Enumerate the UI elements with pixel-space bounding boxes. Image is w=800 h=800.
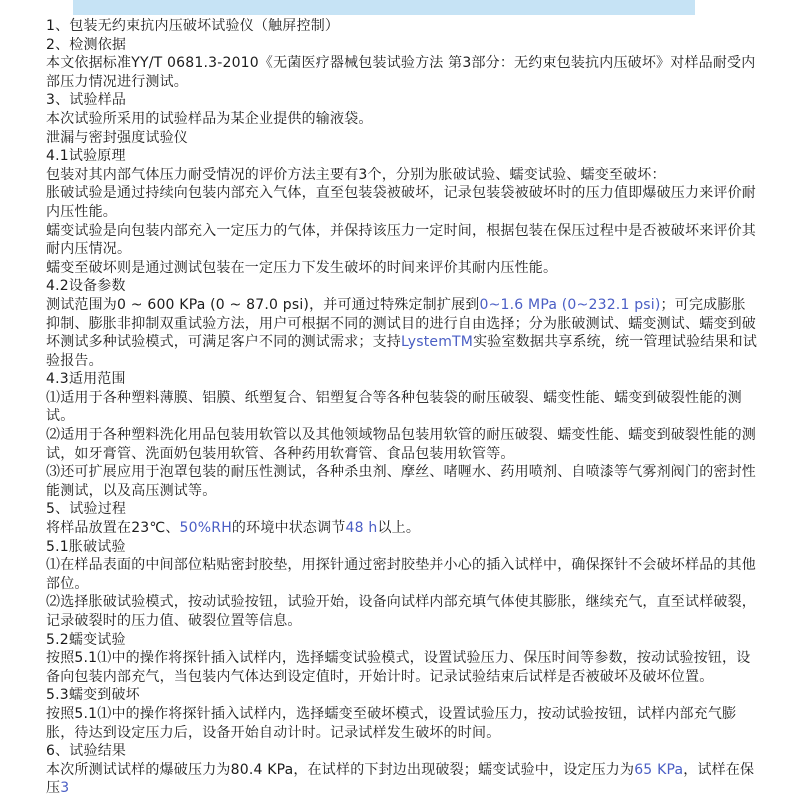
paragraph: 本次所测试试样的爆破压力为80.4 KPa，在试样的下封边出现破裂；蠕变试验中，…: [46, 761, 758, 798]
text-segment: 本次所测试试样的爆破压力为80.4 KPa，在试样的下封边出现破裂；蠕变试验中，…: [46, 762, 634, 778]
text-segment: 2、检测依据: [46, 37, 126, 53]
text-segment: 蠕变至破坏则是通过测试包装在一定压力下发生破坏的时间来评价其耐内压性能。: [46, 260, 557, 276]
text-segment: 泄漏与密封强度试验仪: [46, 130, 188, 146]
paragraph: 按照5.1⑴中的操作将探针插入试样内，选择蠕变至破坏模式，设置试验压力，按动试验…: [46, 705, 758, 742]
paragraph: 6、试验结果: [46, 742, 758, 761]
text-segment: 包装对其内部气体压力耐受情况的评价方法主要有3个，分别为胀破试验、蠕变试验、蠕变…: [46, 167, 666, 183]
text-segment: 本次试验所采用的试验样品为某企业提供的输液袋。: [46, 111, 373, 127]
paragraph: 本次试验所采用的试验样品为某企业提供的输液袋。: [46, 110, 758, 129]
text-segment: ⑴适用于各种塑料薄膜、铝膜、纸塑复合、铝塑复合等各种包装袋的耐压破裂、蠕变性能、…: [46, 390, 742, 425]
paragraph: 包装对其内部气体压力耐受情况的评价方法主要有3个，分别为胀破试验、蠕变试验、蠕变…: [46, 166, 758, 185]
paragraph: 5.3蠕变到破坏: [46, 686, 758, 705]
text-segment: ⑵适用于各种塑料洗化用品包装用软管以及其他领域物品包装用软管的耐压破裂、蠕变性能…: [46, 427, 756, 462]
paragraph: 5、试验过程: [46, 500, 758, 519]
text-segment: 5.2蠕变试验: [46, 632, 126, 648]
text-segment: 5.3蠕变到破坏: [46, 687, 140, 703]
paragraph: ⑵适用于各种塑料洗化用品包装用软管以及其他领域物品包装用软管的耐压破裂、蠕变性能…: [46, 426, 758, 463]
text-segment: 4.3适用范围: [46, 371, 126, 387]
text-segment: ⑶还可扩展应用于泡罩包装的耐压性测试，各种杀虫剂、摩丝、啫喱水、药用喷剂、自喷漆…: [46, 464, 756, 499]
paragraph: 蠕变至破坏则是通过测试包装在一定压力下发生破坏的时间来评价其耐内压性能。: [46, 259, 758, 278]
paragraph: ⑵选择胀破试验模式，按动试验按钮，试验开始，设备向试样内部充填气体使其膨胀，继续…: [46, 593, 758, 630]
text-segment: 本文依据标准YY/T 0681.3-2010《无菌医疗器械包装试验方法 第3部分…: [46, 55, 755, 90]
paragraph: 4.2设备参数: [46, 277, 758, 296]
text-segment: 按照5.1⑴中的操作将探针插入试样内，选择蠕变至破坏模式，设置试验压力，按动试验…: [46, 706, 736, 741]
text-segment: 以上。: [377, 520, 420, 536]
text-segment: 5.1胀破试验: [46, 539, 126, 555]
text-segment: 按照5.1⑴中的操作将探针插入试样内，选择蠕变试验模式，设置试验压力、保压时间等…: [46, 650, 750, 685]
paragraph: ⑴在样品表面的中间部位粘贴密封胶垫，用探针通过密封胶垫并小心的插入试样中，确保探…: [46, 556, 758, 593]
text-segment: 蠕变试验是向包装内部充入一定压力的气体，并保持该压力一定时间，根据包装在保压过程…: [46, 223, 756, 258]
paragraph: 5.1胀破试验: [46, 538, 758, 557]
text-segment: ⑵选择胀破试验模式，按动试验按钮，试验开始，设备向试样内部充填气体使其膨胀，继续…: [46, 594, 756, 629]
paragraph: 5.2蠕变试验: [46, 631, 758, 650]
document-text: 1、包装无约束抗内压破坏试验仪（触屏控制）2、检测依据本文依据标准YY/T 06…: [46, 17, 758, 798]
text-segment: 测试范围为0 ~ 600 KPa (0 ~ 87.0 psi)，并可通过特殊定制…: [46, 297, 480, 313]
text-segment: ⑴在样品表面的中间部位粘贴密封胶垫，用探针通过密封胶垫并小心的插入试样中，确保探…: [46, 557, 756, 592]
text-segment: 5、试验过程: [46, 501, 126, 517]
top-highlight-bar: [73, 0, 695, 15]
paragraph: 测试范围为0 ~ 600 KPa (0 ~ 87.0 psi)，并可通过特殊定制…: [46, 296, 758, 370]
highlighted-text: 48 h: [346, 520, 378, 536]
paragraph: 蠕变试验是向包装内部充入一定压力的气体，并保持该压力一定时间，根据包装在保压过程…: [46, 222, 758, 259]
text-segment: 的环境中状态调节: [232, 520, 346, 536]
text-segment: 将样品放置在23℃、: [46, 520, 180, 536]
paragraph: 1、包装无约束抗内压破坏试验仪（触屏控制）: [46, 17, 758, 36]
text-segment: 4.1试验原理: [46, 148, 126, 164]
highlighted-text: 0~1.6 MPa (0~232.1 psi): [480, 297, 661, 313]
highlighted-text: 50%RH: [180, 520, 232, 536]
text-segment: 1、包装无约束抗内压破坏试验仪（触屏控制）: [46, 18, 339, 34]
text-segment: 4.2设备参数: [46, 278, 126, 294]
highlighted-text: 65 KPa: [634, 762, 683, 778]
text-segment: 胀破试验是通过持续向包装内部充入气体，直至包装袋被破坏，记录包装袋被破坏时的压力…: [46, 185, 756, 220]
highlighted-text: LystemTM: [401, 334, 473, 350]
highlighted-text: 3: [60, 780, 69, 796]
paragraph: 胀破试验是通过持续向包装内部充入气体，直至包装袋被破坏，记录包装袋被破坏时的压力…: [46, 184, 758, 221]
paragraph: 2、检测依据: [46, 36, 758, 55]
paragraph: 3、试验样品: [46, 91, 758, 110]
paragraph: 泄漏与密封强度试验仪: [46, 129, 758, 148]
text-segment: 3、试验样品: [46, 92, 126, 108]
paragraph: ⑴适用于各种塑料薄膜、铝膜、纸塑复合、铝塑复合等各种包装袋的耐压破裂、蠕变性能、…: [46, 389, 758, 426]
paragraph: ⑶还可扩展应用于泡罩包装的耐压性测试，各种杀虫剂、摩丝、啫喱水、药用喷剂、自喷漆…: [46, 463, 758, 500]
paragraph: 按照5.1⑴中的操作将探针插入试样内，选择蠕变试验模式，设置试验压力、保压时间等…: [46, 649, 758, 686]
paragraph: 4.3适用范围: [46, 370, 758, 389]
paragraph: 4.1试验原理: [46, 147, 758, 166]
text-segment: 6、试验结果: [46, 743, 126, 759]
paragraph: 本文依据标准YY/T 0681.3-2010《无菌医疗器械包装试验方法 第3部分…: [46, 54, 758, 91]
paragraph: 将样品放置在23℃、50%RH的环境中状态调节48 h以上。: [46, 519, 758, 538]
